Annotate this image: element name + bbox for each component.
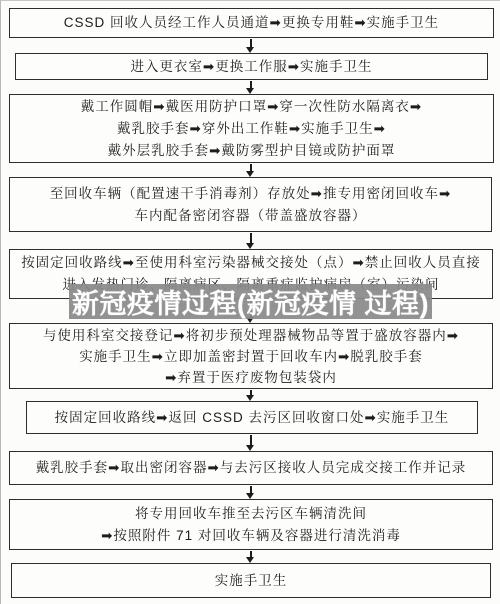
flow-step-4-line-2: 车内配备密闭容器（带盖盛放容器） xyxy=(135,205,367,227)
flow-step-6: 与使用科室交接登记➡将初步预处理器械物品等置于盛放容器内➡实施手卫生➡立即加盖密… xyxy=(9,323,493,389)
flow-step-1-line-1: CSSD 回收人员经工作人员通道➡更换专用鞋➡实施手卫生 xyxy=(64,12,439,34)
down-arrow-icon xyxy=(244,486,258,499)
flow-step-2-line-1: 进入更衣室➡更换工作服➡实施手卫生 xyxy=(130,56,372,78)
flow-step-9-line-2: ➡按照附件 71 对回收车辆及容器进行清洗消毒 xyxy=(101,525,401,547)
flow-step-3-line-2: 戴乳胶手套➡穿外出工作鞋➡实施手卫生➡ xyxy=(117,118,386,140)
flow-step-3-line-3: 戴外层乳胶手套➡戴防雾型护目镜或防护面罩 xyxy=(108,140,396,162)
down-arrow-icon xyxy=(244,551,258,563)
flow-step-3-line-1: 戴工作圆帽➡戴医用防护口罩➡穿一次性防水隔离衣➡ xyxy=(81,96,422,118)
flowchart-page: CSSD 回收人员经工作人员通道➡更换专用鞋➡实施手卫生进入更衣室➡更换工作服➡… xyxy=(0,0,500,604)
flow-step-5-line-1: 按固定回收路线➡至使用科室污染器械交接处（点）➡禁止回收人员直接 xyxy=(21,252,481,274)
flow-step-7-line-1: 按固定回收路线➡返回 CSSD 去污区回收窗口处➡实施手卫生 xyxy=(55,407,450,429)
flow-step-9-line-1: 将专用回收车推至去污区车辆清洗间 xyxy=(135,503,367,525)
flow-step-2: 进入更衣室➡更换工作服➡实施手卫生 xyxy=(15,53,488,80)
flow-step-6-line-1: 与使用科室交接登记➡将初步预处理器械物品等置于盛放容器内➡ xyxy=(43,325,459,346)
flow-step-4-line-1: 至回收车辆（配置速干手消毒剂）存放处➡推专用密闭回收车➡ xyxy=(50,183,452,205)
flow-step-4: 至回收车辆（配置速干手消毒剂）存放处➡推专用密闭回收车➡车内配备密闭容器（带盖盛… xyxy=(9,177,492,232)
flow-step-1: CSSD 回收人员经工作人员通道➡更换专用鞋➡实施手卫生 xyxy=(9,8,494,38)
watermark-text: 新冠疫情过程(新冠疫情 过程) xyxy=(72,282,429,321)
down-arrow-icon xyxy=(244,39,258,53)
flow-step-6-line-3: ➡弃置于医疗废物包装袋内 xyxy=(165,367,337,388)
watermark-banner: 新冠疫情过程(新冠疫情 过程) xyxy=(69,284,432,319)
down-arrow-icon xyxy=(244,233,258,249)
flow-step-7: 按固定回收路线➡返回 CSSD 去污区回收窗口处➡实施手卫生 xyxy=(26,401,478,434)
flow-step-10-line-1: 实施手卫生 xyxy=(215,570,288,592)
down-arrow-icon xyxy=(244,81,258,94)
flow-step-8: 戴乳胶手套➡取出密闭容器➡与去污区接收人员完成交接工作并记录 xyxy=(9,451,493,485)
down-arrow-icon xyxy=(244,390,258,401)
flow-step-10: 实施手卫生 xyxy=(11,563,491,598)
down-arrow-icon xyxy=(244,435,258,451)
flow-step-9: 将专用回收车推至去污区车辆清洗间➡按照附件 71 对回收车辆及容器进行清洗消毒 xyxy=(9,499,493,550)
flow-step-3: 戴工作圆帽➡戴医用防护口罩➡穿一次性防水隔离衣➡戴乳胶手套➡穿外出工作鞋➡实施手… xyxy=(9,94,494,163)
flow-step-6-line-2: 实施手卫生➡立即加盖密封置于回收车内➡脱乳胶手套 xyxy=(79,346,423,367)
flow-step-8-line-1: 戴乳胶手套➡取出密闭容器➡与去污区接收人员完成交接工作并记录 xyxy=(36,457,467,479)
down-arrow-icon xyxy=(244,164,258,177)
